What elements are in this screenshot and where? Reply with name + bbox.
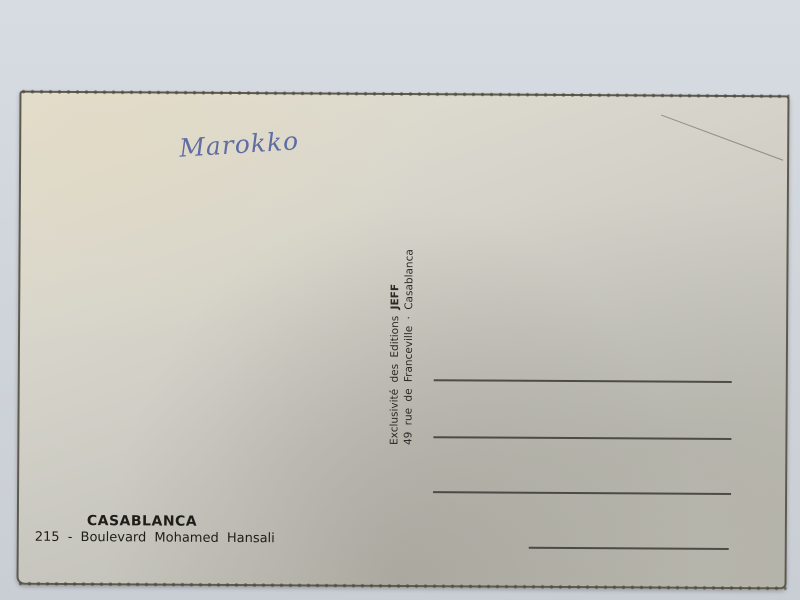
publisher-line-1: Exclusivité des Editions JEFF xyxy=(387,205,402,445)
deckle-edge-top xyxy=(19,90,789,99)
publisher-line-2: 49 rue de Franceville · Casablanca xyxy=(401,205,416,445)
postcard-back: Marokko Exclusivité des Editions JEFF 49… xyxy=(16,91,789,590)
address-line-3 xyxy=(433,491,731,494)
deckle-edge-bottom xyxy=(16,582,786,591)
publisher-prefix: Exclusivité des Editions xyxy=(388,316,401,445)
address-line-1 xyxy=(434,379,732,382)
corner-crease xyxy=(647,115,783,198)
postcard-caption: CASABLANCA 215 - Boulevard Mohamed Hansa… xyxy=(35,513,275,546)
address-line-4 xyxy=(529,547,729,550)
caption-city: CASABLANCA xyxy=(87,513,275,530)
photo-scene: Marokko Exclusivité des Editions JEFF 49… xyxy=(0,0,800,600)
publisher-imprint: Exclusivité des Editions JEFF 49 rue de … xyxy=(387,205,418,445)
address-line-2 xyxy=(433,436,731,439)
handwritten-note: Marokko xyxy=(178,126,299,163)
caption-address: 215 - Boulevard Mohamed Hansali xyxy=(35,530,275,546)
publisher-brand: JEFF xyxy=(389,284,401,310)
